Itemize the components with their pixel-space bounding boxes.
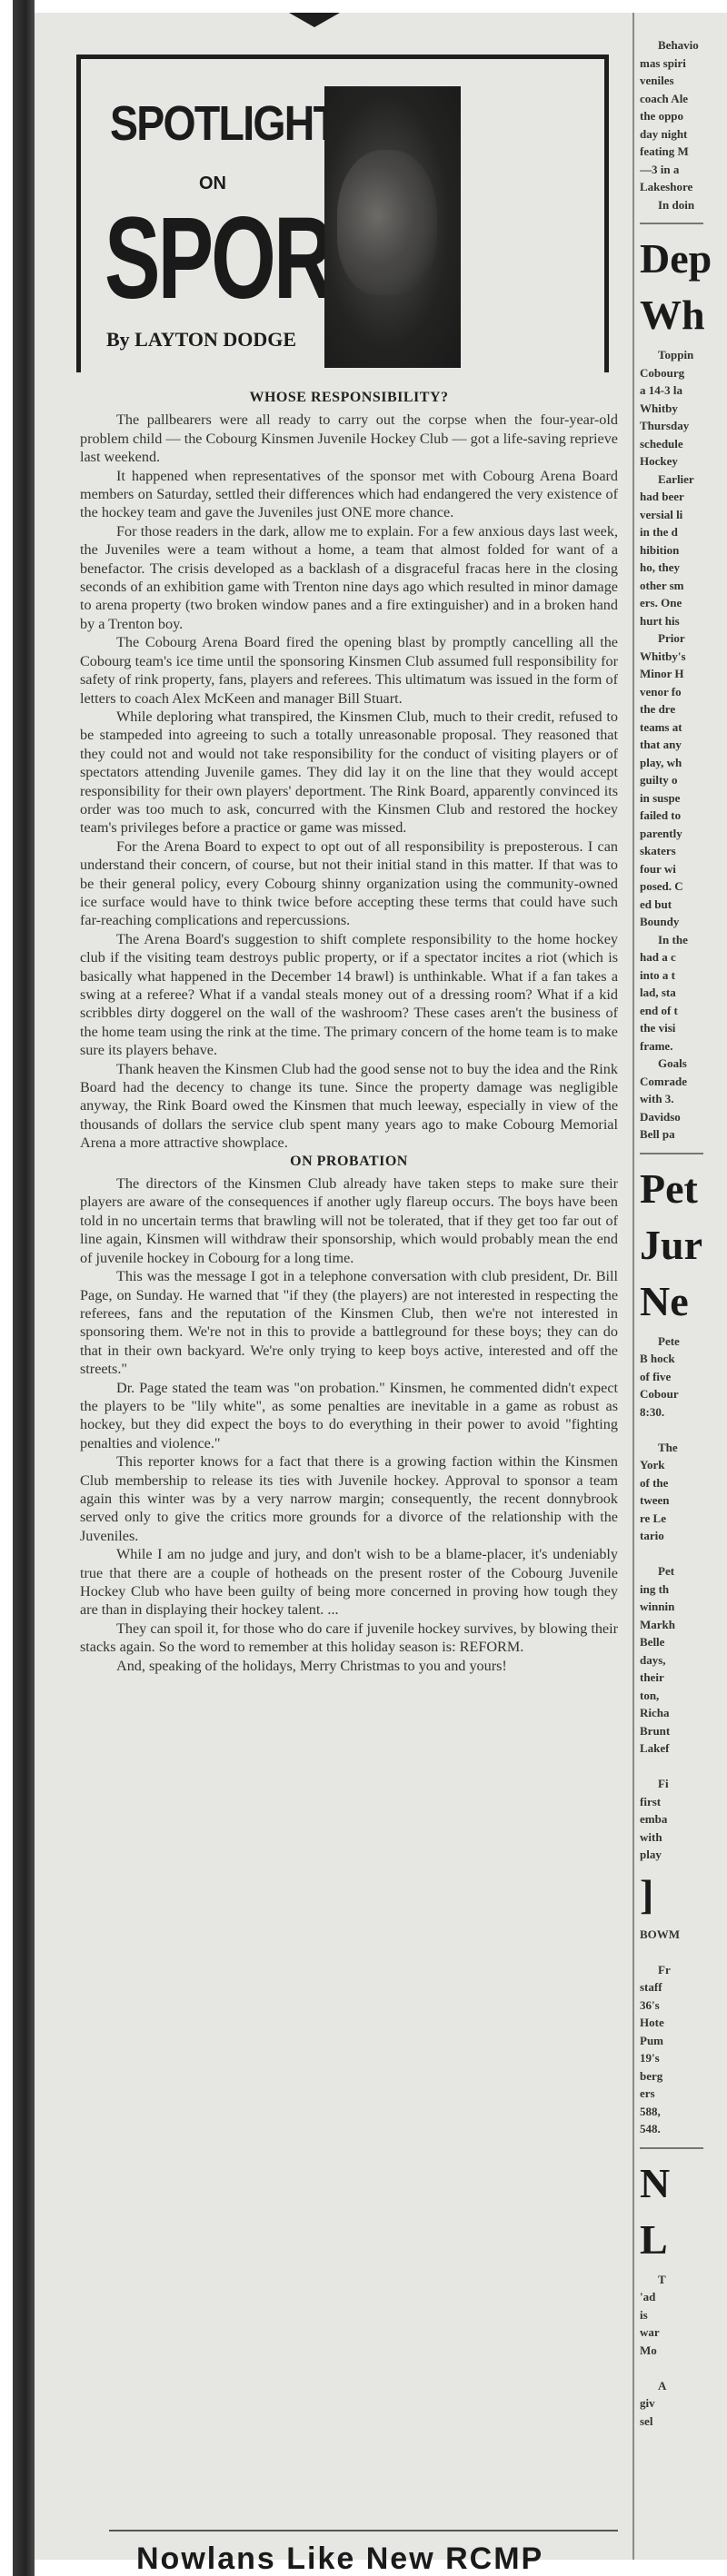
side-text-line: lad, sta <box>640 984 722 1002</box>
side-text-line: had beer <box>640 488 722 506</box>
side-text-line: Hockey <box>640 452 722 471</box>
article-paragraph: They can spoil it, for those who do care… <box>80 1620 618 1657</box>
side-text-line: 588, <box>640 2103 722 2121</box>
side-text-line: BOWM <box>640 1926 722 1944</box>
side-text-line: tween <box>640 1491 722 1510</box>
side-text-line: ing th <box>640 1580 722 1599</box>
side-text-line: 548. <box>640 2120 722 2138</box>
side-text-line: Hote <box>640 2014 722 2032</box>
side-text-line: Fi <box>640 1775 722 1793</box>
side-text-line: ton, <box>640 1687 722 1705</box>
side-text-line: 36's <box>640 1996 722 2015</box>
side-text-line <box>640 2359 722 2377</box>
side-text-line: Behavio <box>640 36 722 54</box>
side-text-line: ho, they <box>640 559 722 577</box>
article-paragraph: While I am no judge and jury, and don't … <box>80 1545 618 1620</box>
side-text-line: schedule <box>640 435 722 453</box>
side-text-line: sel <box>640 2413 722 2431</box>
article-paragraph: While deploring what transpired, the Kin… <box>80 708 618 837</box>
side-text-line: Whitby's <box>640 648 722 666</box>
side-text-line: Pum <box>640 2032 722 2050</box>
side-text-line: tario <box>640 1527 722 1545</box>
side-text-line: day night <box>640 125 722 144</box>
side-text-line: Whitby <box>640 400 722 418</box>
side-text-line: 8:30. <box>640 1403 722 1422</box>
side-headline-fragment: L <box>640 2214 722 2265</box>
side-text-line: coach Ale <box>640 90 722 108</box>
side-text-line: Cobour <box>640 1385 722 1403</box>
side-text-line: In doin <box>640 196 722 214</box>
side-text-line: ers. One <box>640 594 722 612</box>
side-text-line: feating M <box>640 143 722 161</box>
side-text-line: teams at <box>640 718 722 737</box>
side-text-line: play <box>640 1846 722 1864</box>
article-paragraph: The directors of the Kinsmen Club alread… <box>80 1174 618 1267</box>
side-text-line: Richa <box>640 1704 722 1722</box>
byline: By LAYTON DODGE <box>106 328 296 352</box>
side-text-line: York <box>640 1456 722 1474</box>
side-text-line: in suspe <box>640 789 722 807</box>
article-paragraph: It happened when representatives of the … <box>80 467 618 522</box>
next-article-headline: Nowlans Like New RCMP <box>136 2541 543 2576</box>
article-paragraph: The Cobourg Arena Board fired the openin… <box>80 633 618 708</box>
side-text-line: Pet <box>640 1562 722 1580</box>
side-text-line: ed but <box>640 896 722 914</box>
side-text-line: other sm <box>640 577 722 595</box>
column-header-box: SPOTLIGHT ON SPORTS By LAYTON DODGE <box>76 54 609 372</box>
scan-binding-edge <box>13 0 35 2576</box>
side-text-line: had a c <box>640 948 722 966</box>
side-text-line: first <box>640 1793 722 1811</box>
side-headline-fragment: Wh <box>640 290 722 341</box>
side-text-line: emba <box>640 1810 722 1828</box>
side-text-line: play, wh <box>640 754 722 772</box>
side-text-line: ers <box>640 2085 722 2103</box>
side-text-line: four wi <box>640 860 722 878</box>
top-triangle-marker-icon <box>289 13 340 27</box>
column-divider <box>632 13 634 2560</box>
side-text-line: with 3. <box>640 1090 722 1108</box>
side-headline-fragment: ] <box>640 1869 722 1920</box>
article-body: WHOSE RESPONSIBILITY?The pallbearers wer… <box>80 389 618 1675</box>
side-text-line: Cobourg <box>640 364 722 382</box>
side-text-line: Minor H <box>640 665 722 683</box>
side-text-line: posed. C <box>640 877 722 896</box>
article-paragraph: For those readers in the dark, allow me … <box>80 522 618 633</box>
side-text-line: of five <box>640 1368 722 1386</box>
side-text-line: veniles <box>640 72 722 90</box>
side-text-line: In the <box>640 931 722 949</box>
side-text-line: berg <box>640 2067 722 2086</box>
article-paragraph: This reporter knows for a fact that ther… <box>80 1452 618 1545</box>
article-paragraph: For the Arena Board to expect to opt out… <box>80 837 618 930</box>
side-text-line: war <box>640 2323 722 2342</box>
side-text-line: T <box>640 2271 722 2289</box>
side-text-line: hibition <box>640 541 722 560</box>
article-paragraph: The pallbearers were all ready to carry … <box>80 411 618 466</box>
side-text-line <box>640 1545 722 1563</box>
side-text-line: their <box>640 1669 722 1687</box>
side-divider <box>640 2147 703 2149</box>
side-divider <box>640 1153 703 1154</box>
side-text-line: skaters <box>640 842 722 860</box>
side-text-line: Davidso <box>640 1108 722 1126</box>
article-paragraph: Dr. Page stated the team was "on probati… <box>80 1379 618 1453</box>
side-text-line: Comrade <box>640 1073 722 1091</box>
side-text-line: Markh <box>640 1616 722 1634</box>
side-text-line <box>640 1421 722 1439</box>
side-text-line: is <box>640 2306 722 2324</box>
side-text-line: that any <box>640 736 722 754</box>
side-text-line: frame. <box>640 1037 722 1055</box>
side-text-line: Lakeshore <box>640 178 722 196</box>
section-subhead: WHOSE RESPONSIBILITY? <box>80 389 618 407</box>
side-headline-fragment: Dep <box>640 233 722 284</box>
side-text-line: B hock <box>640 1350 722 1368</box>
side-text-line: into a t <box>640 966 722 985</box>
side-text-line: days, <box>640 1651 722 1669</box>
side-text-line: 'ad <box>640 2288 722 2306</box>
side-text-line <box>640 1943 722 1961</box>
article-paragraph: The Arena Board's suggestion to shift co… <box>80 930 618 1060</box>
side-headline-fragment: Jur <box>640 1220 722 1271</box>
column-title-on: ON <box>199 173 226 194</box>
side-text-line: Mo <box>640 2342 722 2360</box>
side-text-line: winnin <box>640 1598 722 1616</box>
side-text-line: Belle <box>640 1633 722 1651</box>
side-headline-fragment: Ne <box>640 1276 722 1327</box>
side-text-line: Brunt <box>640 1722 722 1740</box>
side-text-line: hurt his <box>640 612 722 630</box>
side-headline-fragment: N <box>640 2158 722 2209</box>
side-text-line: staff <box>640 1978 722 1996</box>
article-end-rule <box>109 2530 618 2531</box>
side-text-line: the oppo <box>640 107 722 125</box>
side-text-line: mas spiri <box>640 54 722 73</box>
side-text-line: the visi <box>640 1019 722 1037</box>
side-text-line: versial li <box>640 506 722 524</box>
side-headline-fragment: Pet <box>640 1164 722 1214</box>
side-text-line <box>640 1758 722 1776</box>
side-text-line: Bell pa <box>640 1125 722 1144</box>
columnist-photo <box>324 86 461 368</box>
side-text-line: The <box>640 1439 722 1457</box>
side-text-line: a 14-3 la <box>640 381 722 400</box>
article-paragraph: And, speaking of the holidays, Merry Chr… <box>80 1657 618 1675</box>
side-text-line: re Le <box>640 1510 722 1528</box>
column-title-spotlight: SPOTLIGHT <box>110 95 337 152</box>
side-text-line: guilty o <box>640 771 722 789</box>
side-text-line: Earlier <box>640 471 722 489</box>
portrait-face-icon <box>337 150 437 295</box>
side-text-line: Prior <box>640 629 722 648</box>
side-text-line: of the <box>640 1474 722 1492</box>
side-text-line: the dre <box>640 700 722 718</box>
side-text-line: failed to <box>640 807 722 825</box>
side-text-line: with <box>640 1828 722 1847</box>
side-text-line: in the d <box>640 523 722 541</box>
side-text-line: Pete <box>640 1333 722 1351</box>
side-text-line: giv <box>640 2394 722 2413</box>
section-subhead: ON PROBATION <box>80 1153 618 1171</box>
side-text-line: Toppin <box>640 346 722 364</box>
side-text-line: Thursday <box>640 417 722 435</box>
side-divider <box>640 223 703 224</box>
side-text-line: A <box>640 2377 722 2395</box>
side-text-line: Fr <box>640 1961 722 1979</box>
side-text-line: Lakef <box>640 1739 722 1758</box>
side-text-line: parently <box>640 825 722 843</box>
side-text-line: 19's <box>640 2049 722 2067</box>
side-text-line: end of t <box>640 1002 722 1020</box>
side-text-line: Goals <box>640 1055 722 1073</box>
adjacent-column: Behaviomas spirivenilescoach Alethe oppo… <box>640 36 722 2430</box>
side-text-line: Boundy <box>640 913 722 931</box>
article-paragraph: Thank heaven the Kinsmen Club had the go… <box>80 1060 618 1153</box>
article-paragraph: This was the message I got in a telephon… <box>80 1267 618 1378</box>
side-text-line: —3 in a <box>640 161 722 179</box>
side-text-line: venor fo <box>640 683 722 701</box>
